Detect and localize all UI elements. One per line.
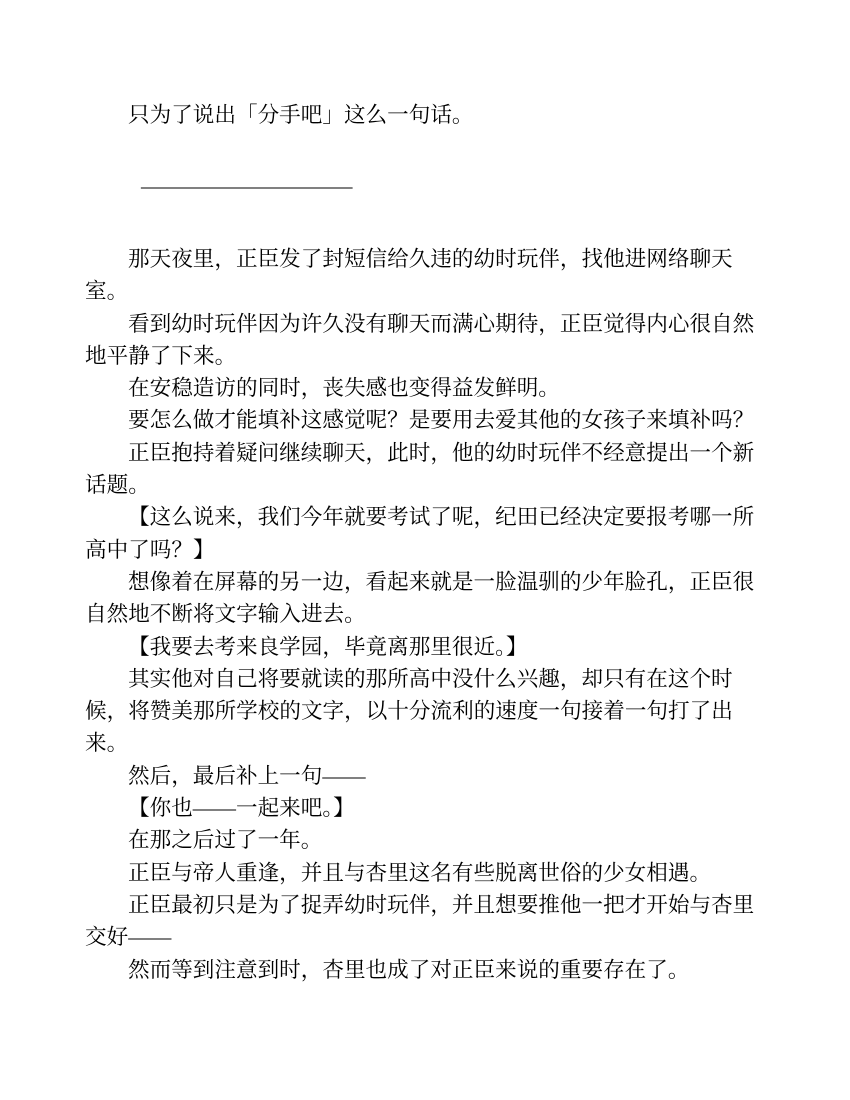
- text-line: 其实他对自己将要就读的那所高中没什么兴趣，却只有在这个时: [85, 663, 765, 695]
- document-page: 只为了说出「分手吧」这么一句话。 —————————— 那天夜里，正臣发了封短信…: [0, 0, 850, 1100]
- text-line: 【我要去考来良学园，毕竟离那里很近。】: [85, 631, 765, 663]
- text-line: 来。: [85, 727, 765, 759]
- text-line: 【你也——一起来吧。】: [85, 792, 765, 824]
- text-line: 室。: [85, 275, 765, 307]
- body-text: 那天夜里，正臣发了封短信给久违的幼时玩伴，找他进网络聊天室。看到幼时玩伴因为许久…: [85, 243, 765, 986]
- text-line: 正臣最初只是为了捉弄幼时玩伴，并且想要推他一把才开始与杏里: [85, 889, 765, 921]
- text-line: 话题。: [85, 469, 765, 501]
- text-line: 在安稳造访的同时，丧失感也变得益发鲜明。: [85, 372, 765, 404]
- text-line: 交好——: [85, 921, 765, 953]
- text-line: 【这么说来，我们今年就要考试了呢，纪田已经决定要报考哪一所: [85, 501, 765, 533]
- text-line: 要怎么做才能填补这感觉呢？是要用去爱其他的女孩子来填补吗？: [85, 404, 765, 436]
- text-line: 那天夜里，正臣发了封短信给久违的幼时玩伴，找他进网络聊天: [85, 243, 765, 275]
- text-line: 在那之后过了一年。: [85, 824, 765, 856]
- text-line: 正臣抱持着疑问继续聊天，此时，他的幼时玩伴不经意提出一个新: [85, 437, 765, 469]
- text-line: 然后，最后补上一句——: [85, 760, 765, 792]
- text-line: 想像着在屏幕的另一边，看起来就是一脸温驯的少年脸孔，正臣很: [85, 566, 765, 598]
- text-line: 高中了吗？】: [85, 534, 765, 566]
- text-line: 地平静了下来。: [85, 340, 765, 372]
- text-line: 候，将赞美那所学校的文字，以十分流利的速度一句接着一句打了出: [85, 695, 765, 727]
- text-line: 然而等到注意到时，杏里也成了对正臣来说的重要存在了。: [85, 954, 765, 986]
- section-separator: ——————————: [85, 170, 821, 202]
- paragraph-opening: 只为了说出「分手吧」这么一句话。: [85, 99, 808, 131]
- text-line: 看到幼时玩伴因为许久没有聊天而满心期待，正臣觉得内心很自然: [85, 308, 765, 340]
- text-line: 自然地不断将文字输入进去。: [85, 598, 765, 630]
- text-line: 正臣与帝人重逢，并且与杏里这名有些脱离世俗的少女相遇。: [85, 857, 765, 889]
